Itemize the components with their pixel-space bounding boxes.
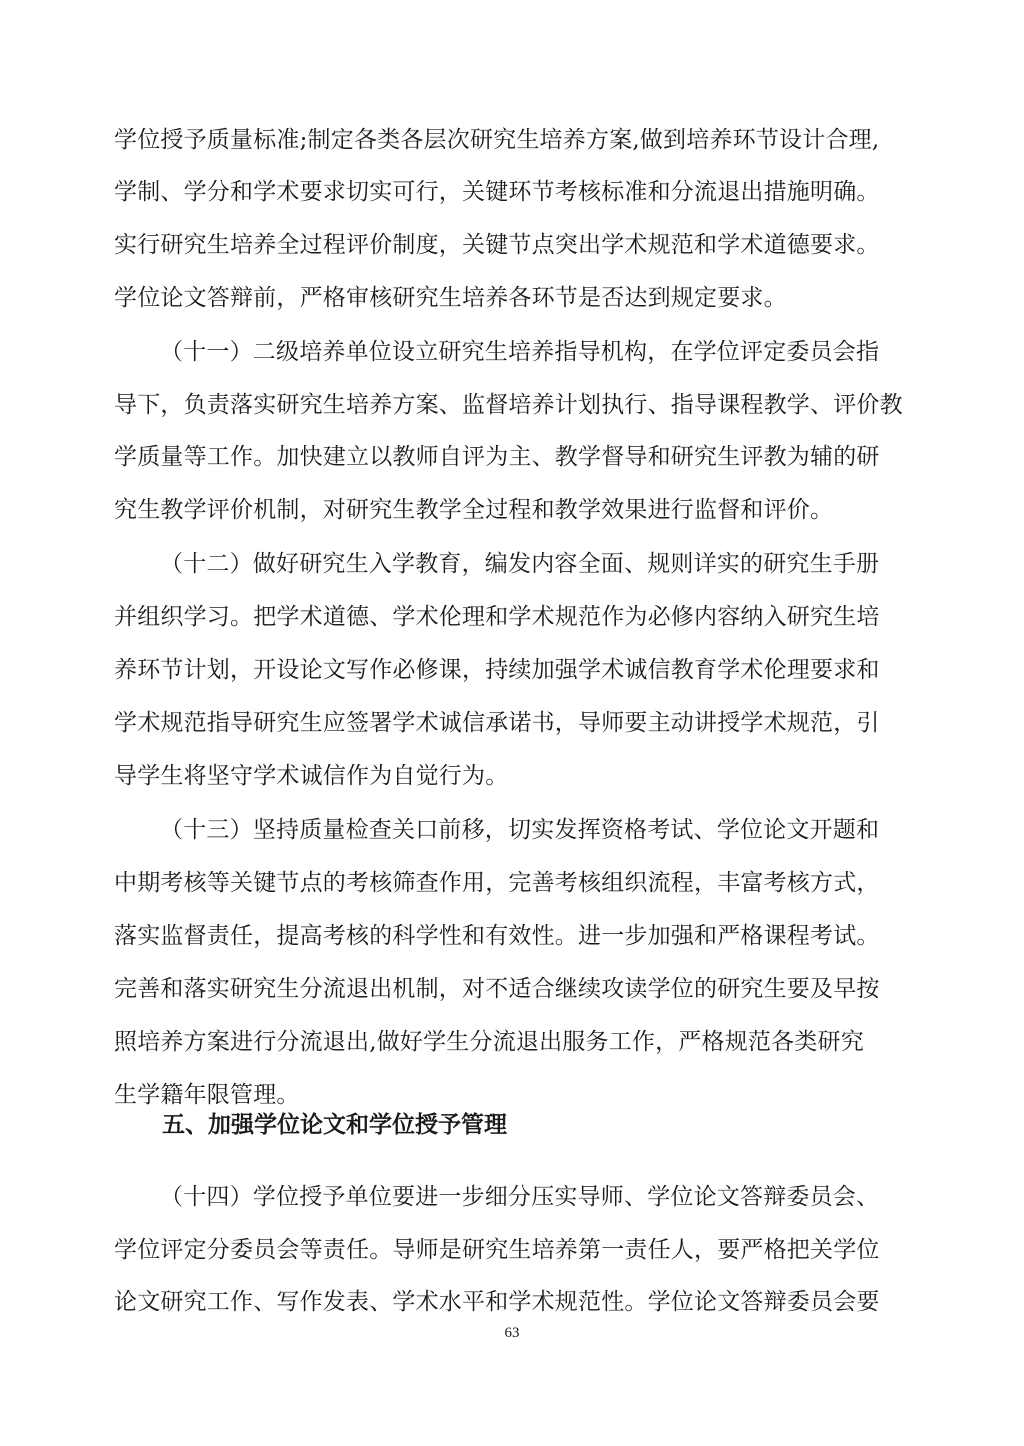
text-line: 论文研究工作、写作发表、学术水平和学术规范性。学位论文答辩委员会要 <box>114 1288 914 1316</box>
page-number: 63 <box>0 1324 1024 1342</box>
text-line: 落实监督责任，提高考核的科学性和有效性。进一步加强和严格课程考试。 <box>114 922 914 950</box>
text-line: 学位授予质量标准;制定各类各层次研究生培养方案,做到培养环节设计合理, <box>114 126 914 154</box>
text-line: （十三）坚持质量检查关口前移，切实发挥资格考试、学位论文开题和 <box>160 816 960 844</box>
text-line: 养环节计划，开设论文写作必修课，持续加强学术诚信教育学术伦理要求和 <box>114 656 914 684</box>
text-line: （十四）学位授予单位要进一步细分压实导师、学位论文答辩委员会、 <box>160 1183 960 1211</box>
text-line: 并组织学习。把学术道德、学术伦理和学术规范作为必修内容纳入研究生培 <box>114 603 914 631</box>
text-line: 学质量等工作。加快建立以教师自评为主、教学督导和研究生评教为辅的研 <box>114 443 914 471</box>
text-line: 学位评定分委员会等责任。导师是研究生培养第一责任人，要严格把关学位 <box>114 1236 914 1264</box>
text-line: 完善和落实研究生分流退出机制，对不适合继续攻读学位的研究生要及早按 <box>114 975 914 1003</box>
text-line: 中期考核等关键节点的考核筛查作用，完善考核组织流程，丰富考核方式， <box>114 869 914 897</box>
text-line: 学制、学分和学术要求切实可行，关键环节考核标准和分流退出措施明确。 <box>114 178 914 206</box>
document-page: 学位授予质量标准;制定各类各层次研究生培养方案,做到培养环节设计合理, 学制、学… <box>0 0 1024 1446</box>
text-line: 学术规范指导研究生应签署学术诚信承诺书，导师要主动讲授学术规范，引 <box>114 709 914 737</box>
text-line: 照培养方案进行分流退出,做好学生分流退出服务工作，严格规范各类研究 <box>114 1028 914 1056</box>
text-line: 学位论文答辩前，严格审核研究生培养各环节是否达到规定要求。 <box>114 284 914 312</box>
text-line: 究生教学评价机制，对研究生教学全过程和教学效果进行监督和评价。 <box>114 496 914 524</box>
text-line: 导学生将坚守学术诚信作为自觉行为。 <box>114 762 914 790</box>
text-line: 实行研究生培养全过程评价制度，关键节点突出学术规范和学术道德要求。 <box>114 231 914 259</box>
text-line: （十一）二级培养单位设立研究生培养指导机构，在学位评定委员会指 <box>160 338 960 366</box>
text-line: 导下，负责落实研究生培养方案、监督培养计划执行、指导课程教学、评价教 <box>114 391 914 419</box>
section-heading: 五、加强学位论文和学位授予管理 <box>162 1111 507 1139</box>
text-line: （十二）做好研究生入学教育，编发内容全面、规则详实的研究生手册 <box>160 550 960 578</box>
text-line: 生学籍年限管理。 <box>114 1081 914 1109</box>
